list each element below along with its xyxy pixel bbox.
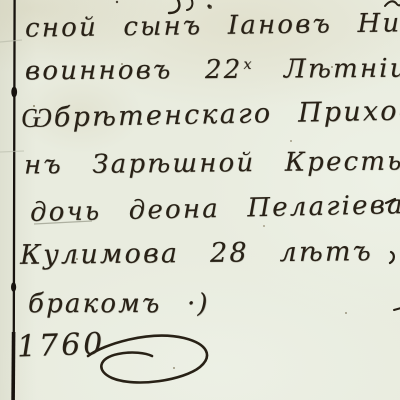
superscript-letter: х bbox=[243, 57, 251, 73]
handwritten-line-7: бракомъ ·) bbox=[28, 291, 210, 317]
manuscript-page: сной сынъ Іановъ Ни воинновъ 22х Лѣтнiи … bbox=[0, 0, 400, 400]
handwritten-line-3: Ѡбрѣтенскаго Прихода bbox=[21, 97, 400, 132]
handwritten-line-5: дочь деона Пелагiева bbox=[30, 192, 400, 226]
handwritten-line-1: сной сынъ Іановъ Ни bbox=[25, 10, 400, 41]
handwriting-layer: сной сынъ Іановъ Ни воинновъ 22х Лѣтнiи … bbox=[0, 0, 400, 400]
line2-text-after: Лѣтнiи bbox=[284, 54, 400, 85]
handwritten-line-6: Кулимова 28 лѣтъ bbox=[20, 238, 373, 269]
handwritten-line-2: воинновъ 22х Лѣтнiи bbox=[25, 56, 400, 85]
line2-text: воинновъ 22 bbox=[25, 55, 243, 87]
handwritten-line-4: нъ Зарѣшной Крестьнъ т bbox=[24, 148, 400, 179]
handwritten-year: 1760 bbox=[17, 329, 106, 362]
